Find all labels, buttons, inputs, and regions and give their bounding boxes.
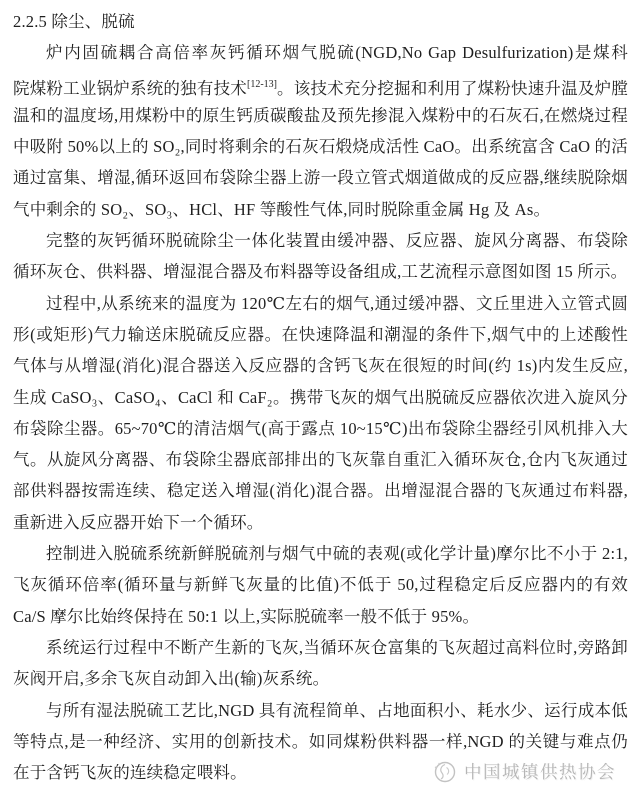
document-body: 2.2.5 除尘、脱硫 炉内固硫耦合高倍率灰钙循环烟气脱硫(NGD,No Gap… xyxy=(13,6,628,788)
text-segment: 院煤粉工业锅炉系统的独有技术 xyxy=(13,79,247,98)
text-line: 循环灰仓、供料器、增湿混合器及布料器等设备组成,工艺流程示意图如图 15 所示。 xyxy=(13,256,628,287)
text-line: 控制进入脱硫系统新鲜脱硫剂与烟气中硫的表观(或化学计量)摩尔比不小于 2:1, xyxy=(13,538,628,569)
text-line: 炉内固硫耦合高倍率灰钙循环烟气脱硫(NGD,No Gap Desulfuriza… xyxy=(13,37,628,68)
document-page: 2.2.5 除尘、脱硫 炉内固硫耦合高倍率灰钙循环烟气脱硫(NGD,No Gap… xyxy=(0,0,640,795)
text-line: 温和的温度场,用煤粉中的原生钙质碳酸盐及预先掺混入煤粉中的石灰石,在燃烧过程 xyxy=(13,100,628,131)
text-line: 过程中,从系统来的温度为 120℃左右的烟气,通过缓冲器、文丘里进入立管式圆 xyxy=(13,288,628,319)
text-line: 中吸附 50%以上的 SO₂,同时将剩余的石灰石煅烧成活性 CaO。出系统富含 … xyxy=(13,131,628,162)
text-line: Ca/S 摩尔比始终保持在 50:1 以上,实际脱硫率一般不低于 95%。 xyxy=(13,601,628,632)
text-line: 等特点,是一种经济、实用的创新技术。如同煤粉供料器一样,NGD 的关键与难点仍然 xyxy=(13,726,628,757)
section-heading: 2.2.5 除尘、脱硫 xyxy=(13,6,628,37)
text-line: 重新进入反应器开始下一个循环。 xyxy=(13,507,628,538)
text-line: 灰阀开启,多余飞灰自动卸入出(输)灰系统。 xyxy=(13,663,628,694)
text-line: 气。从旋风分离器、布袋除尘器底部排出的飞灰靠自重汇入循环灰仓,仓内飞灰通过底 xyxy=(13,444,628,475)
text-line-with-citation: 院煤粉工业锅炉系统的独有技术[12-13]。该技术充分挖掘和利用了煤粉快速升温及… xyxy=(13,69,628,100)
watermark-text: 中国城镇供热协会 xyxy=(464,759,616,784)
text-line: 飞灰循环倍率(循环量与新鲜飞灰量的比值)不低于 50,过程稳定后反应器内的有效 xyxy=(13,569,628,600)
watermark: 中国城镇供热协会 xyxy=(433,759,616,784)
text-line: 气体与从增湿(消化)混合器送入反应器的含钙飞灰在很短的时间(约 1s)内发生反应… xyxy=(13,350,628,381)
text-line: 气中剩余的 SO₂、SO₃、HCl、HF 等酸性气体,同时脱除重金属 Hg 及 … xyxy=(13,194,628,225)
text-line: 与所有湿法脱硫工艺比,NGD 具有流程简单、占地面积小、耗水少、运行成本低廉 xyxy=(13,695,628,726)
text-line: 形(或矩形)气力输送床脱硫反应器。在快速降温和潮湿的条件下,烟气中的上述酸性 xyxy=(13,319,628,350)
association-logo-icon xyxy=(433,760,457,784)
text-line: 部供料器按需连续、稳定送入增湿(消化)混合器。出增湿混合器的飞灰通过布料器, xyxy=(13,475,628,506)
text-line: 完整的灰钙循环脱硫除尘一体化装置由缓冲器、反应器、旋风分离器、布袋除尘器、 xyxy=(13,225,628,256)
text-line: 系统运行过程中不断产生新的飞灰,当循环灰仓富集的飞灰超过高料位时,旁路卸 xyxy=(13,632,628,663)
text-line: 通过富集、增湿,循环返回布袋除尘器上游一段立管式烟道做成的反应器,继续脱除烟 xyxy=(13,162,628,193)
text-line: 布袋除尘器。65~70℃的清洁烟气(高于露点 10~15℃)出布袋除尘器经引风机… xyxy=(13,413,628,444)
text-line: 生成 CaSO₃、CaSO₄、CaCl 和 CaF₂。携带飞灰的烟气出脱硫反应器… xyxy=(13,382,628,413)
citation-superscript: [12-13] xyxy=(247,79,277,90)
